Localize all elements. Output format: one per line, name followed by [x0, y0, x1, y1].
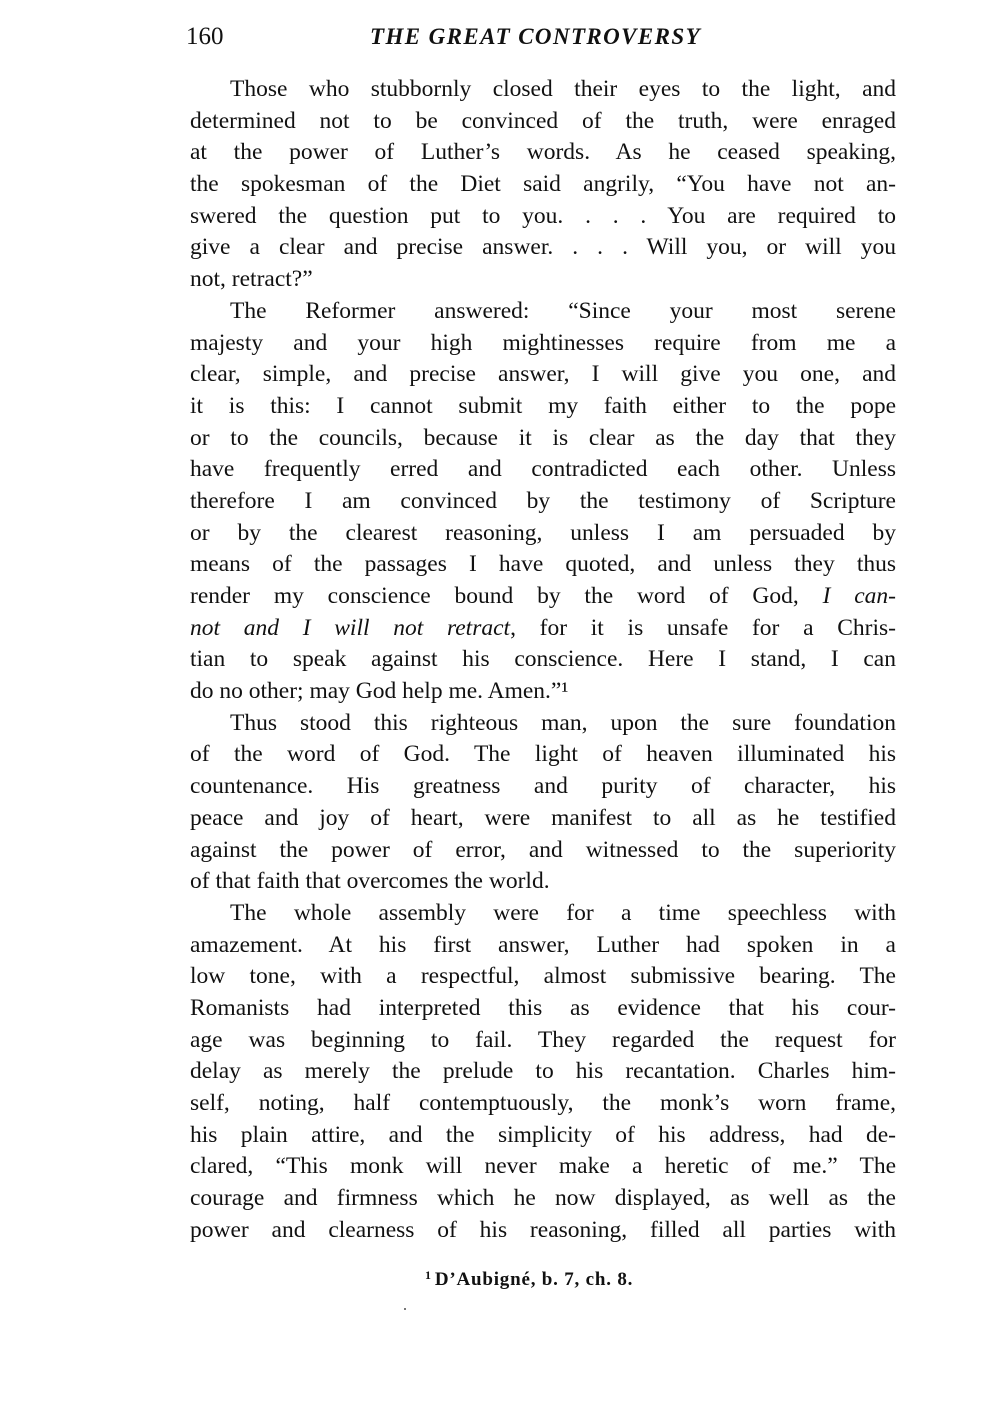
- text-line: against the power of error, and witnesse…: [190, 835, 896, 867]
- text-line: Those who stubbornly closed their eyes t…: [190, 74, 896, 106]
- footnote-text: D’Aubigné, b. 7, ch. 8.: [435, 1269, 633, 1290]
- text-line: or to the councils, because it is clear …: [190, 423, 896, 455]
- text-line: self, noting, half contemptuously, the m…: [190, 1088, 896, 1120]
- text-line: the spokesman of the Diet said angrily, …: [190, 169, 896, 201]
- italic-emphasis: not and I will not retract: [190, 615, 510, 641]
- text-line: swered the question put to you. . . . Yo…: [190, 201, 896, 233]
- text-line: The Reformer answered: “Since your most …: [190, 296, 896, 328]
- text-line: it is this: I cannot submit my faith eit…: [190, 391, 896, 423]
- footnote-marker: 1: [425, 1268, 432, 1282]
- text-segment: , for it is unsafe for a Chris-: [510, 615, 896, 641]
- text-line: of the word of God. The light of heaven …: [190, 739, 896, 771]
- text-line: clear, simple, and precise answer, I wil…: [190, 359, 896, 391]
- scan-speck: [404, 1308, 406, 1310]
- text-line: countenance. His greatness and purity of…: [190, 771, 896, 803]
- text-line: not and I will not retract, for it is un…: [190, 613, 896, 645]
- text-line: of that faith that overcomes the world.: [190, 866, 896, 898]
- text-line: tian to speak against his conscience. He…: [190, 644, 896, 676]
- text-line: peace and joy of heart, were manifest to…: [190, 803, 896, 835]
- text-line: delay as merely the prelude to his recan…: [190, 1056, 896, 1088]
- text-line: low tone, with a respectful, almost subm…: [190, 961, 896, 993]
- paragraph-4: The whole assembly were for a time speec…: [190, 898, 896, 1247]
- text-line: amazement. At his first answer, Luther h…: [190, 930, 896, 962]
- text-line: have frequently erred and contradicted e…: [190, 454, 896, 486]
- page-number: 160: [186, 20, 224, 54]
- italic-emphasis: I can-: [823, 583, 896, 609]
- text-line: Romanists had interpreted this as eviden…: [190, 993, 896, 1025]
- text-line: The whole assembly were for a time speec…: [190, 898, 896, 930]
- text-line: at the power of Luther’s words. As he ce…: [190, 137, 896, 169]
- text-line: determined not to be convinced of the tr…: [190, 106, 896, 138]
- text-line: give a clear and precise answer. . . . W…: [190, 232, 896, 264]
- text-line: age was beginning to fail. They regarded…: [190, 1025, 896, 1057]
- paragraph-3: Thus stood this righteous man, upon the …: [190, 708, 896, 898]
- text-line: Thus stood this righteous man, upon the …: [190, 708, 896, 740]
- text-line: not, retract?”: [190, 264, 896, 296]
- text-segment: render my conscience bound by the word o…: [190, 583, 823, 609]
- page-header: 160 THE GREAT CONTROVERSY: [186, 20, 902, 54]
- paragraph-2: The Reformer answered: “Since your most …: [190, 296, 896, 708]
- text-line: do no other; may God help me. Amen.”¹: [190, 676, 896, 708]
- text-line: courage and firmness which he now displa…: [190, 1183, 896, 1215]
- text-line: means of the passages I have quoted, and…: [190, 549, 896, 581]
- text-line: clared, “This monk will never make a her…: [190, 1151, 896, 1183]
- footnote: 1D’Aubigné, b. 7, ch. 8.: [425, 1262, 633, 1293]
- body-text: Those who stubbornly closed their eyes t…: [190, 74, 896, 1246]
- text-line: therefore I am convinced by the testimon…: [190, 486, 896, 518]
- paragraph-1: Those who stubbornly closed their eyes t…: [190, 74, 896, 296]
- text-line: his plain attire, and the simplicity of …: [190, 1120, 896, 1152]
- text-line: majesty and your high mightinesses requi…: [190, 328, 896, 360]
- text-line: power and clearness of his reasoning, fi…: [190, 1215, 896, 1247]
- running-title: THE GREAT CONTROVERSY: [370, 20, 701, 54]
- text-line: render my conscience bound by the word o…: [190, 581, 896, 613]
- text-line: or by the clearest reasoning, unless I a…: [190, 518, 896, 550]
